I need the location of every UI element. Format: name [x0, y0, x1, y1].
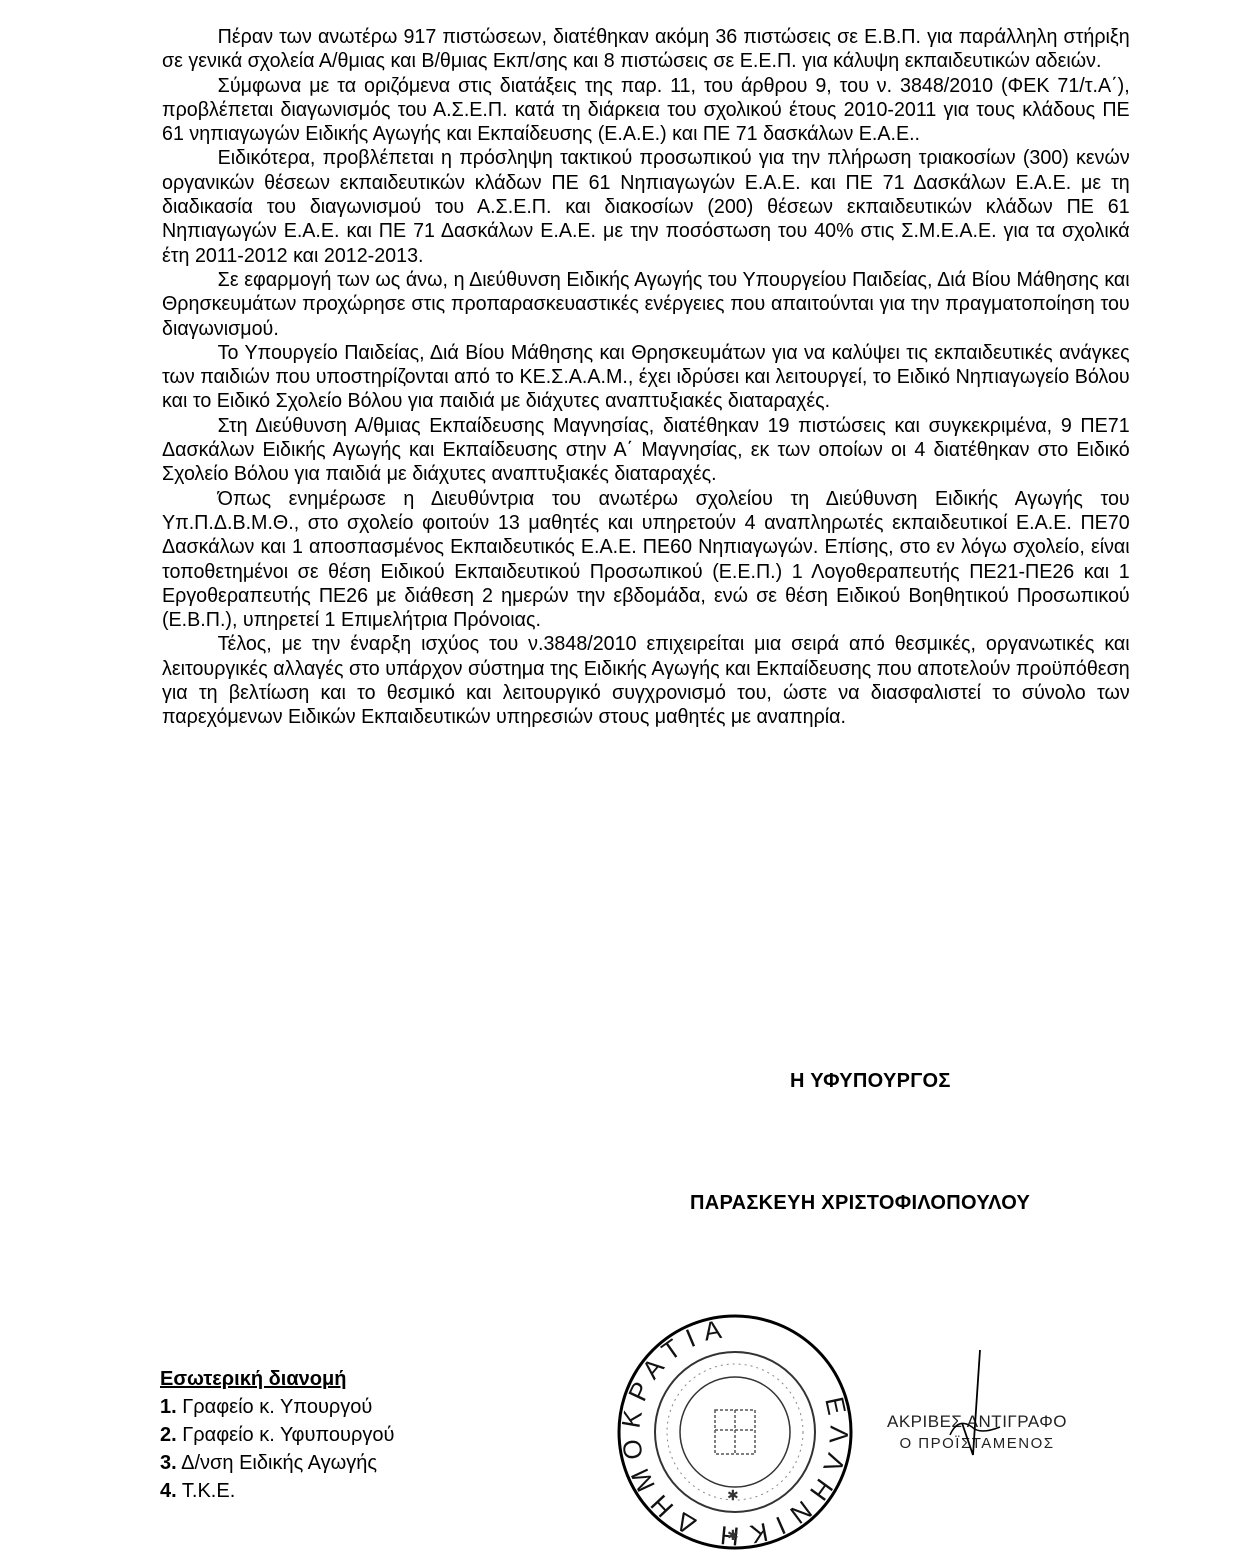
paragraph: Στη Διεύθυνση Α/θμιας Εκπαίδευσης Μαγνησ…: [162, 414, 1130, 487]
list-item: 2. Γραφείο κ. Υφυπουργού: [160, 1421, 394, 1449]
list-item-label: Δ/νση Ειδικής Αγωγής: [181, 1452, 377, 1474]
list-item-number: 2.: [160, 1424, 177, 1446]
svg-text:✱: ✱: [727, 1527, 739, 1543]
list-item: 3. Δ/νση Ειδικής Αγωγής: [160, 1449, 394, 1477]
distribution-heading: Εσωτερική διανομή: [160, 1365, 394, 1393]
document-body: Πέραν των ανωτέρω 917 πιστώσεων, διατέθη…: [162, 25, 1130, 730]
official-seal-icon: ΕΛΛΗΝΙΚΗ ΔΗΜΟΚΡΑΤΙΑ ✱ ✱: [615, 1312, 855, 1552]
svg-text:✱: ✱: [727, 1487, 739, 1503]
signatory-name: ΠΑΡΑΣΚΕΥΗ ΧΡΙΣΤΟΦΙΛΟΠΟΥΛΟΥ: [690, 1192, 1030, 1215]
internal-distribution: Εσωτερική διανομή 1. Γραφείο κ. Υπουργού…: [160, 1365, 394, 1505]
signatory-title: Η ΥΦΥΠΟΥΡΓΟΣ: [790, 1070, 951, 1093]
signature-icon: [940, 1345, 1020, 1465]
list-item-number: 1.: [160, 1396, 177, 1418]
list-item-label: Γραφείο κ. Υφυπουργού: [182, 1424, 394, 1446]
list-item-number: 4.: [160, 1480, 177, 1502]
paragraph: Το Υπουργείο Παιδείας, Διά Βίου Μάθησης …: [162, 341, 1130, 414]
list-item: 1. Γραφείο κ. Υπουργού: [160, 1393, 394, 1421]
paragraph: Όπως ενημέρωσε η Διευθύντρια του ανωτέρω…: [162, 487, 1130, 633]
paragraph: Πέραν των ανωτέρω 917 πιστώσεων, διατέθη…: [162, 25, 1130, 74]
paragraph: Τέλος, με την έναρξη ισχύος του ν.3848/2…: [162, 632, 1130, 729]
paragraph: Σε εφαρμογή των ως άνω, η Διεύθυνση Ειδι…: [162, 268, 1130, 341]
list-item: 4. Τ.Κ.Ε.: [160, 1477, 394, 1505]
list-item-label: Γραφείο κ. Υπουργού: [182, 1396, 372, 1418]
paragraph: Σύμφωνα με τα οριζόμενα στις διατάξεις τ…: [162, 74, 1130, 147]
paragraph: Ειδικότερα, προβλέπεται η πρόσληψη τακτι…: [162, 146, 1130, 267]
list-item-number: 3.: [160, 1452, 177, 1474]
list-item-label: Τ.Κ.Ε.: [182, 1480, 235, 1502]
